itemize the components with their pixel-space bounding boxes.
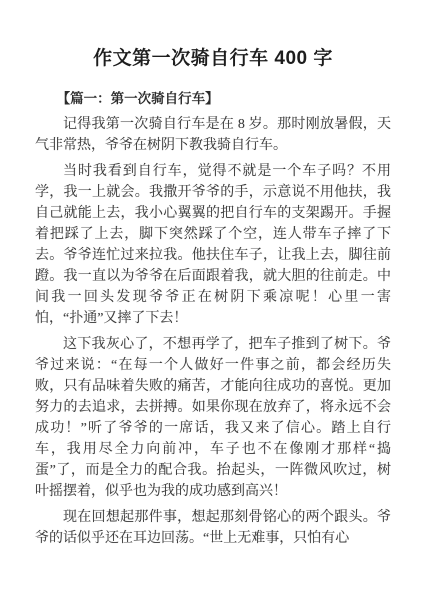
section-heading: 【篇一：第一次骑自行车】	[35, 88, 391, 109]
essay-paragraph: 当时我看到自行车，觉得不就是一个车子吗？不用学，我一上就会。我撒开爷爷的手，示意…	[35, 161, 391, 329]
page-title: 作文第一次骑自行车 400 字	[35, 47, 391, 71]
essay-paragraph: 现在回想起那件事，想起那刻骨铭心的两个跟头。爷爷的话似乎还在耳边回荡。“世上无难…	[35, 507, 391, 549]
essay-paragraph: 记得我第一次骑自行车是在 8 岁。那时刚放暑假，天气非常热，爷爷在树阴下教我骑自…	[35, 114, 391, 156]
document-page: 作文第一次骑自行车 400 字 【篇一：第一次骑自行车】 记得我第一次骑自行车是…	[0, 0, 424, 600]
essay-paragraph: 这下我灰心了，不想再学了，把车子推到了树下。爷爷过来说：“在每一个人做好一件事之…	[35, 334, 391, 502]
